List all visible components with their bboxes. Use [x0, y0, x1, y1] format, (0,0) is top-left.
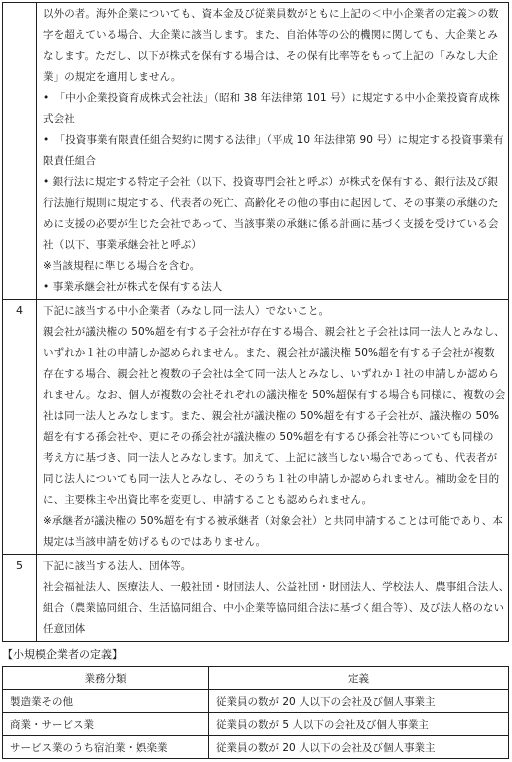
table-header-row: 業務分類 定義: [3, 667, 509, 690]
column-header-business-category: 業務分類: [3, 667, 209, 690]
column-header-definition: 定義: [209, 667, 509, 690]
row-number: 5: [3, 555, 37, 642]
business-category-cell: サービス業のうち宿泊業・娯楽業: [3, 736, 209, 759]
row-content-excluded-entities: 下記に該当する法人、団体等。 社会福祉法人、医療法人、一般社団・財団法人、公益社…: [37, 555, 509, 642]
table-row-5: 5 下記に該当する法人、団体等。 社会福祉法人、医療法人、一般社団・財団法人、公…: [3, 555, 509, 642]
table-row-commerce-service: 商業・サービス業 従業員の数が 5 人以下の会社及び個人事業主: [3, 713, 509, 736]
business-category-cell: 製造業その他: [3, 690, 209, 713]
table-row-4: 4 下記に該当する中小企業者（みなし同一法人）でないこと。 親会社が議決権の 5…: [3, 300, 509, 555]
small-business-definition-heading: 【小規模企業者の定義】: [2, 647, 510, 662]
row-number: [3, 3, 37, 300]
business-category-cell: 商業・サービス業: [3, 713, 209, 736]
small-business-definition-table: 業務分類 定義 製造業その他 従業員の数が 20 人以下の会社及び個人事業主 商…: [2, 666, 509, 759]
table-row-continuation: 以外の者。海外企業についても、資本金及び従業員数がともに上記の＜中小企業者の定義…: [3, 3, 509, 300]
definition-cell: 従業員の数が 5 人以下の会社及び個人事業主: [209, 713, 509, 736]
table-row-manufacturing: 製造業その他 従業員の数が 20 人以下の会社及び個人事業主: [3, 690, 509, 713]
definition-cell: 従業員の数が 20 人以下の会社及び個人事業主: [209, 736, 509, 759]
definition-cell: 従業員の数が 20 人以下の会社及び個人事業主: [209, 690, 509, 713]
row-content-deemed-same-corporation: 下記に該当する中小企業者（みなし同一法人）でないこと。 親会社が議決権の 50%…: [37, 300, 509, 555]
document-page: 以外の者。海外企業についても、資本金及び従業員数がともに上記の＜中小企業者の定義…: [0, 0, 512, 762]
row-number: 4: [3, 300, 37, 555]
table-row-lodging-entertainment: サービス業のうち宿泊業・娯楽業 従業員の数が 20 人以下の会社及び個人事業主: [3, 736, 509, 759]
eligibility-conditions-table: 以外の者。海外企業についても、資本金及び従業員数がともに上記の＜中小企業者の定義…: [2, 2, 509, 642]
row-content-deemed-large-company: 以外の者。海外企業についても、資本金及び従業員数がともに上記の＜中小企業者の定義…: [37, 3, 509, 300]
